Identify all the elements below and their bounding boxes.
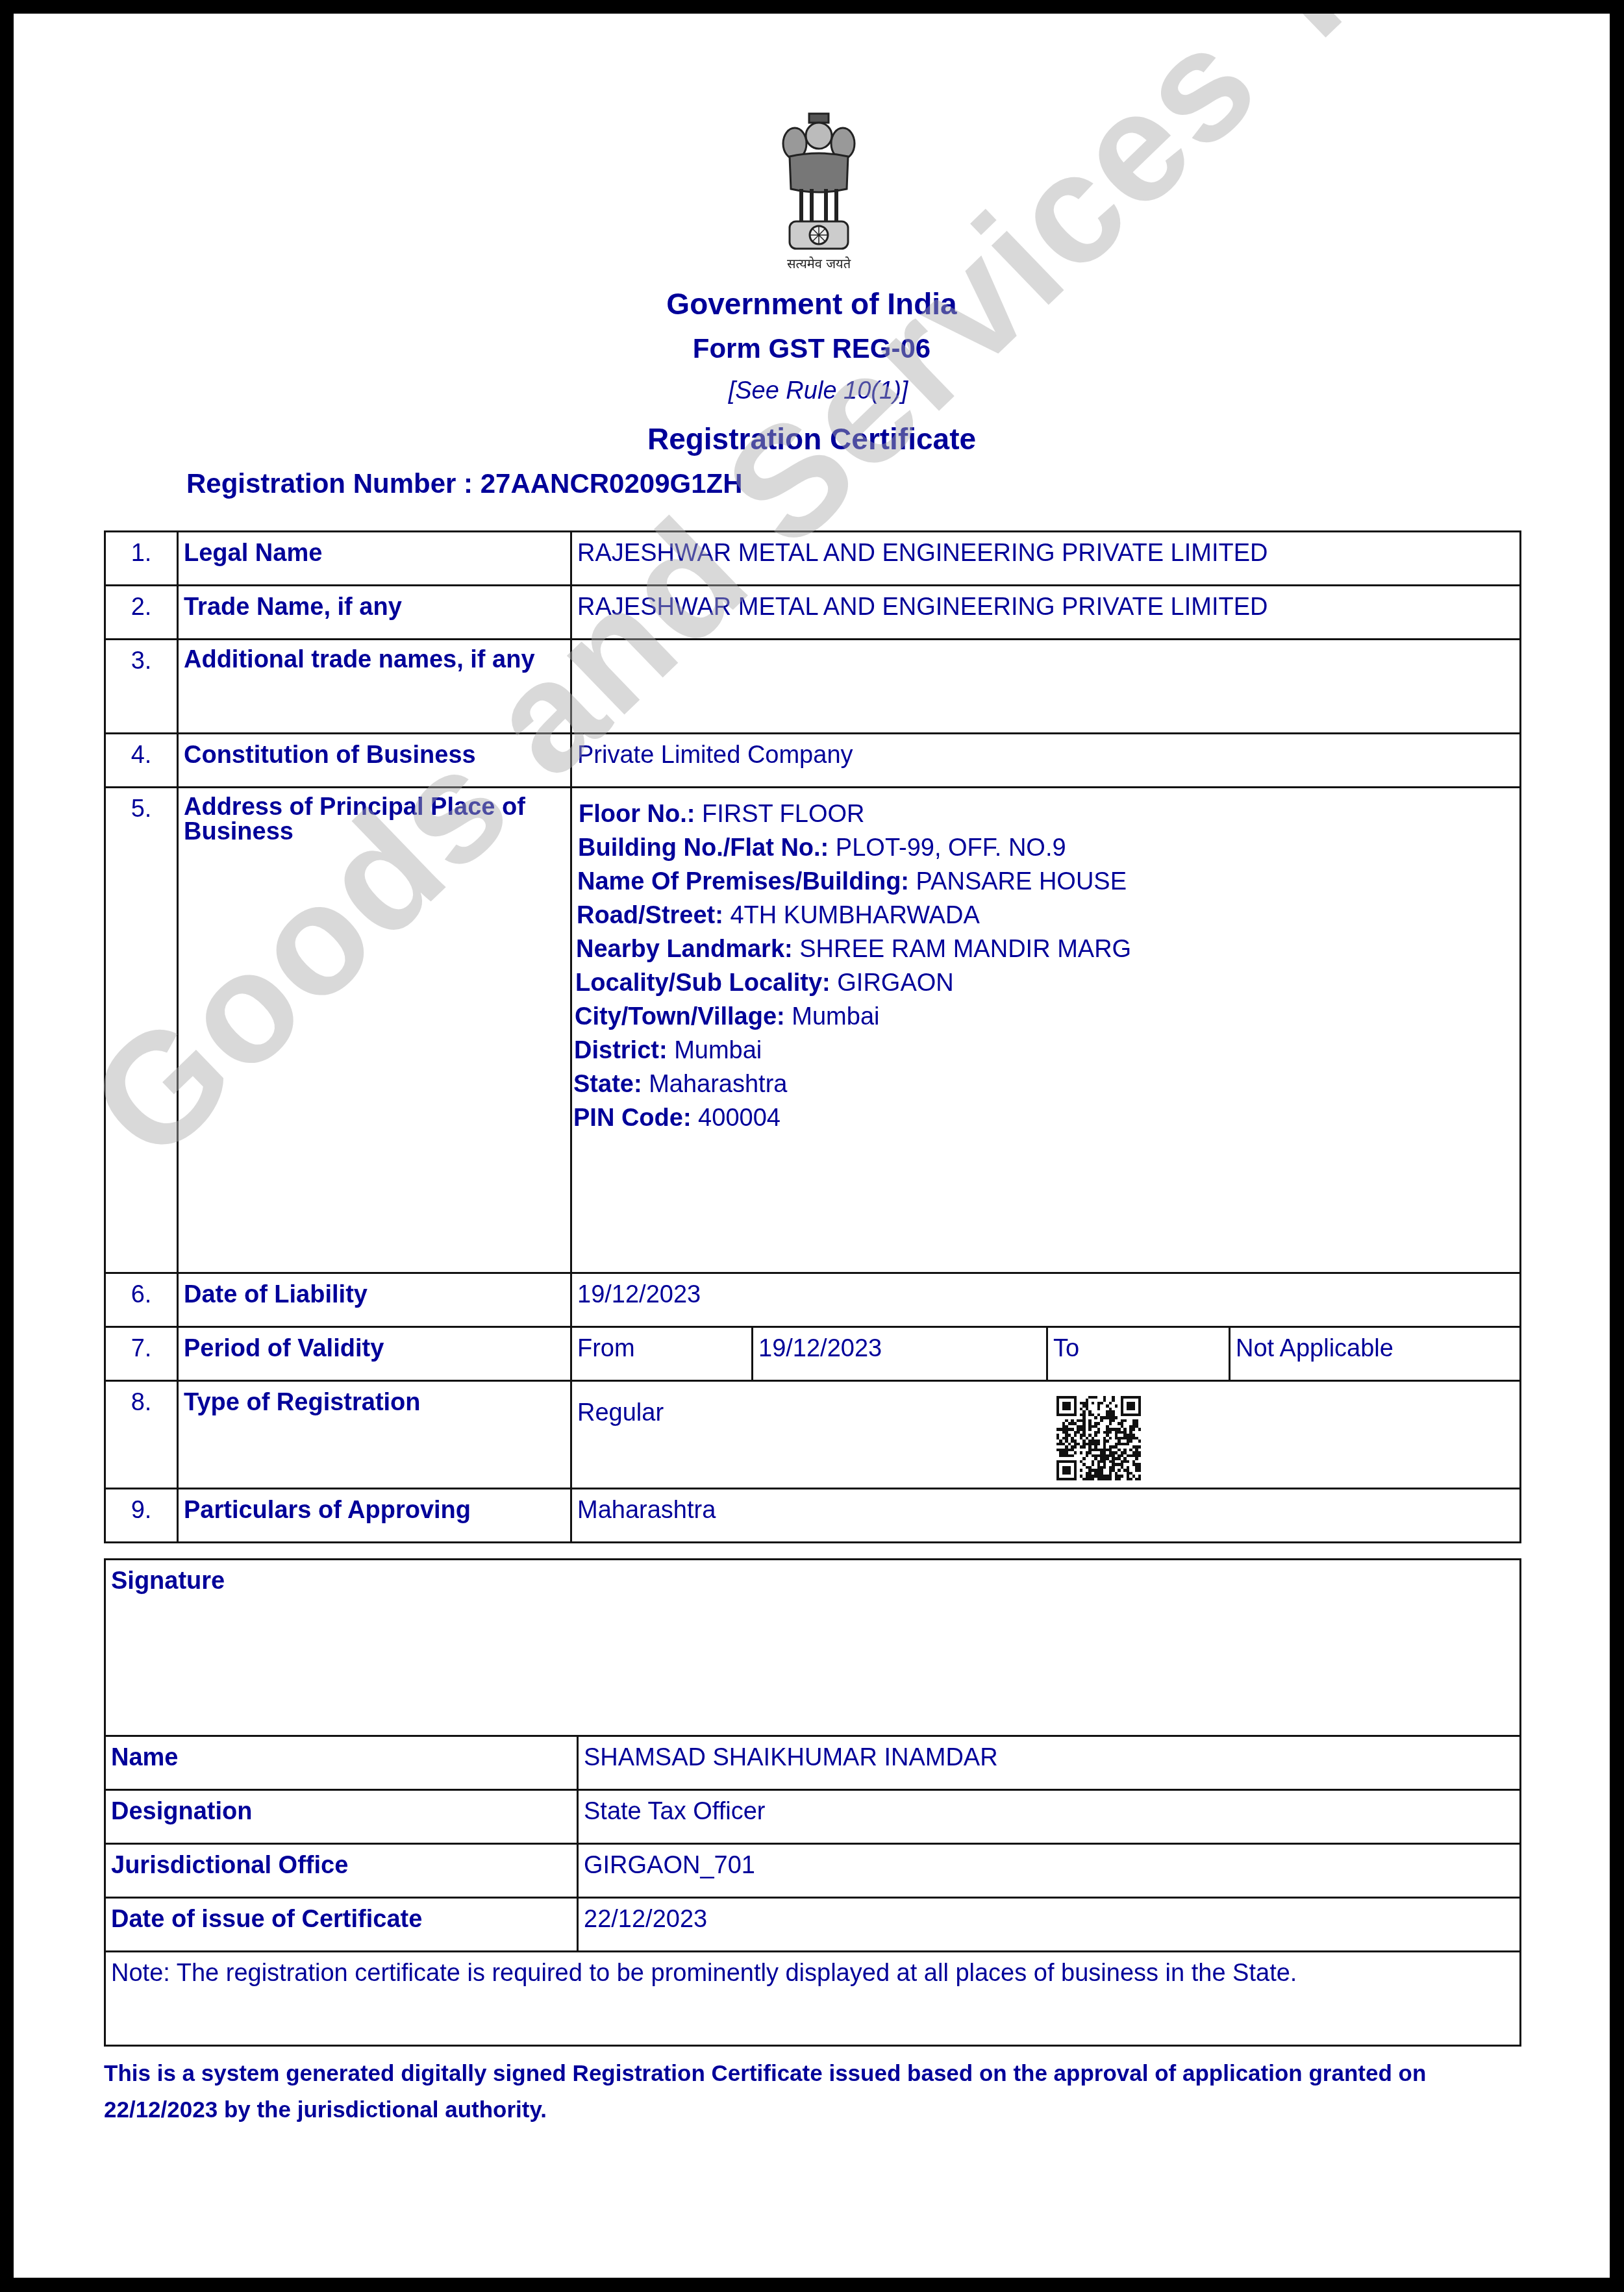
address-line: Building No./Flat No.: PLOT-99, OFF. NO.… (578, 831, 1514, 865)
registration-number-value: 27AANCR0209G1ZH (481, 468, 743, 499)
issue-date-label: Date of issue of Certificate (105, 1898, 578, 1952)
qr-code-icon (1056, 1394, 1141, 1482)
registration-number: Registration Number : 27AANCR0209G1ZH (186, 468, 743, 499)
address-field-value: PLOT-99, OFF. NO.9 (829, 834, 1066, 862)
address-line: District: Mumbai (574, 1034, 1514, 1067)
table-row-registration-type: 8. Type of Registration Regular (105, 1381, 1521, 1489)
issue-date-row: Date of issue of Certificate 22/12/2023 (105, 1898, 1521, 1952)
address-field-value: Mumbai (785, 1003, 880, 1030)
table-row-address: 5. Address of Principal Place of Busines… (105, 788, 1521, 1273)
constitution-value: Private Limited Company (571, 734, 1521, 788)
validity-label: Period of Validity (178, 1327, 571, 1381)
approving-label: Particulars of Approving (178, 1489, 571, 1543)
address-line: State: Maharashtra (573, 1067, 1514, 1101)
row-number: 9. (105, 1489, 178, 1543)
jurisdictional-office-row: Jurisdictional Office GIRGAON_701 (105, 1844, 1521, 1898)
address-field-value: PANSARE HOUSE (909, 868, 1127, 895)
national-emblem-icon: सत्यमेव जयते (770, 105, 868, 273)
table-row-approving: 9. Particulars of Approving Maharashtra (105, 1489, 1521, 1543)
officer-name-value: SHAMSAD SHAIKHUMAR INAMDAR (578, 1736, 1521, 1790)
address-line: Locality/Sub Locality: GIRGAON (575, 966, 1514, 1000)
registration-type-label: Type of Registration (178, 1381, 571, 1489)
address-field-label: State: (573, 1071, 642, 1098)
system-generated-notice: This is a system generated digitally sig… (104, 2056, 1519, 2128)
address-label: Address of Principal Place of Business (178, 788, 571, 1273)
address-field-label: Nearby Landmark: (576, 936, 793, 963)
table-row-trade-name: 2. Trade Name, if any RAJESHWAR METAL AN… (105, 586, 1521, 640)
trade-name-label: Trade Name, if any (178, 586, 571, 640)
details-table: 1. Legal Name RAJESHWAR METAL AND ENGINE… (104, 530, 1521, 1543)
additional-trade-names-label: Additional trade names, if any (178, 640, 571, 734)
validity-to-value: Not Applicable (1230, 1327, 1521, 1381)
designation-label: Designation (105, 1790, 578, 1844)
signature-table: Signature Name SHAMSAD SHAIKHUMAR INAMDA… (104, 1558, 1521, 2047)
address-line: Name Of Premises/Building: PANSARE HOUSE (577, 865, 1514, 899)
address-value: Floor No.: FIRST FLOORBuilding No./Flat … (571, 788, 1521, 1273)
table-row-constitution: 4. Constitution of Business Private Limi… (105, 734, 1521, 788)
note-row: Note: The registration certificate is re… (105, 1952, 1521, 2046)
designation-row: Designation State Tax Officer (105, 1790, 1521, 1844)
address-field-label: Floor No.: (579, 801, 695, 828)
row-number: 5. (105, 788, 178, 1273)
constitution-label: Constitution of Business (178, 734, 571, 788)
government-heading: Government of India (14, 286, 1610, 321)
address-line: Floor No.: FIRST FLOOR (579, 797, 1514, 831)
registration-number-label: Registration Number : (186, 468, 473, 499)
table-row-validity: 7. Period of Validity From 19/12/2023 To… (105, 1327, 1521, 1381)
approving-value: Maharashtra (571, 1489, 1521, 1543)
form-name: Form GST REG-06 (14, 333, 1610, 364)
row-number: 1. (105, 532, 178, 586)
trade-name-value: RAJESHWAR METAL AND ENGINEERING PRIVATE … (571, 586, 1521, 640)
address-line: City/Town/Village: Mumbai (575, 1000, 1514, 1034)
validity-to-label: To (1047, 1327, 1230, 1381)
address-field-value: GIRGAON (831, 969, 954, 997)
legal-name-label: Legal Name (178, 532, 571, 586)
row-number: 7. (105, 1327, 178, 1381)
additional-trade-names-value (571, 640, 1521, 734)
validity-from-value: 19/12/2023 (753, 1327, 1047, 1381)
row-number: 8. (105, 1381, 178, 1489)
issue-date-value: 22/12/2023 (578, 1898, 1521, 1952)
address-field-label: Name Of Premises/Building: (577, 868, 909, 895)
display-note: Note: The registration certificate is re… (105, 1952, 1521, 2046)
signature-label: Signature (105, 1560, 1521, 1736)
row-number: 3. (105, 640, 178, 734)
date-of-liability-label: Date of Liability (178, 1273, 571, 1327)
table-row-additional-trade-names: 3. Additional trade names, if any (105, 640, 1521, 734)
officer-name-label: Name (105, 1736, 578, 1790)
address-line: Road/Street: 4TH KUMBHARWADA (577, 899, 1514, 932)
svg-text:सत्यमेव जयते: सत्यमेव जयते (787, 256, 851, 271)
jurisdictional-office-label: Jurisdictional Office (105, 1844, 578, 1898)
certificate-title: Registration Certificate (14, 421, 1610, 456)
jurisdictional-office-value: GIRGAON_701 (578, 1844, 1521, 1898)
officer-name-row: Name SHAMSAD SHAIKHUMAR INAMDAR (105, 1736, 1521, 1790)
address-field-label: City/Town/Village: (575, 1003, 785, 1030)
registration-type-value: Regular (571, 1381, 1521, 1489)
address-line: Nearby Landmark: SHREE RAM MANDIR MARG (576, 932, 1514, 966)
designation-value: State Tax Officer (578, 1790, 1521, 1844)
address-field-value: 4TH KUMBHARWADA (723, 902, 980, 929)
date-of-liability-value: 19/12/2023 (571, 1273, 1521, 1327)
table-row-legal-name: 1. Legal Name RAJESHWAR METAL AND ENGINE… (105, 532, 1521, 586)
address-field-label: PIN Code: (573, 1104, 692, 1132)
address-field-value: Maharashtra (642, 1071, 788, 1098)
signature-row: Signature (105, 1560, 1521, 1736)
rule-reference: [See Rule 10(1)] (14, 377, 1610, 405)
address-field-label: Road/Street: (577, 902, 723, 929)
row-number: 2. (105, 586, 178, 640)
legal-name-value: RAJESHWAR METAL AND ENGINEERING PRIVATE … (571, 532, 1521, 586)
certificate-page: सत्यमेव जयते Government of India Form GS… (14, 14, 1610, 2278)
address-field-value: SHREE RAM MANDIR MARG (793, 936, 1131, 963)
row-number: 6. (105, 1273, 178, 1327)
address-field-label: District: (574, 1037, 668, 1064)
address-field-value: FIRST FLOOR (695, 801, 864, 828)
address-field-label: Building No./Flat No.: (578, 834, 829, 862)
table-row-date-of-liability: 6. Date of Liability 19/12/2023 (105, 1273, 1521, 1327)
address-field-value: Mumbai (668, 1037, 762, 1064)
validity-from-label: From (571, 1327, 753, 1381)
address-field-value: 400004 (692, 1104, 781, 1132)
row-number: 4. (105, 734, 178, 788)
address-line: PIN Code: 400004 (573, 1101, 1514, 1135)
address-field-label: Locality/Sub Locality: (575, 969, 831, 997)
address-lines: Floor No.: FIRST FLOORBuilding No./Flat … (577, 797, 1514, 1135)
